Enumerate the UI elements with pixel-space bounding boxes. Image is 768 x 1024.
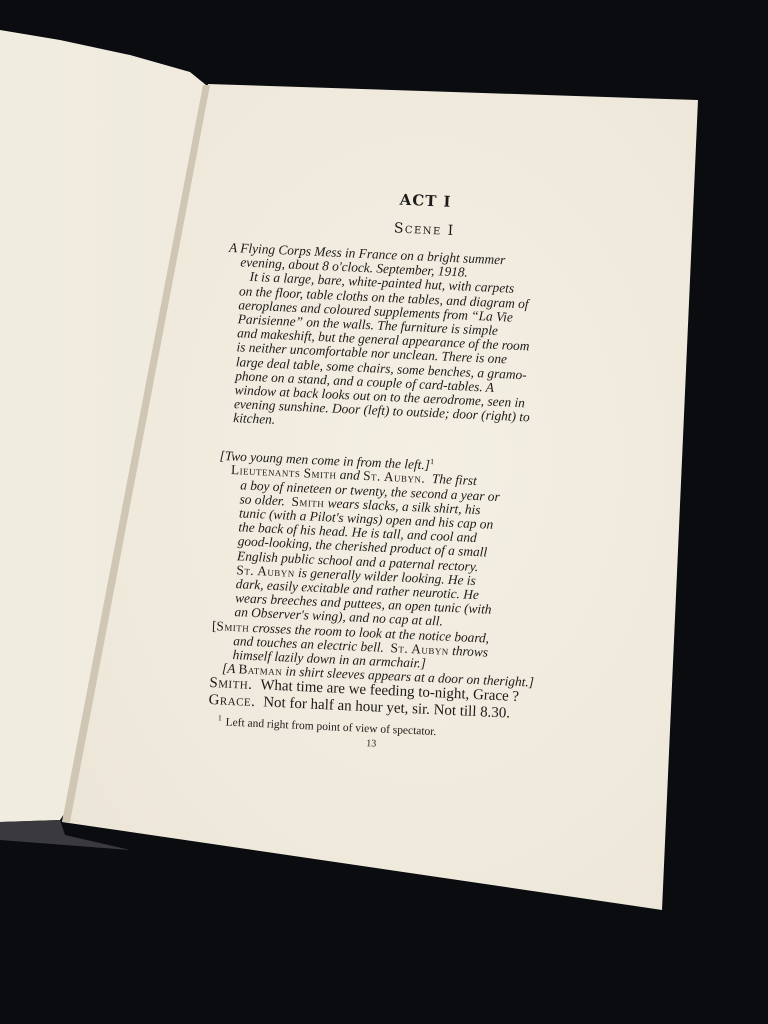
speaker-name: Smith. [209,675,253,693]
speaker-name: Grace. [208,692,255,710]
setting-description: A Flying Corps Mess in France on a brigh… [221,241,617,443]
entrance-direction: [Two young men come in from the left.]1 … [210,445,608,693]
footnote-reference: 1 [430,457,434,466]
photo-scene: ACT I Scene I A Flying Corps Mess in Fra… [0,0,768,1024]
scene-title: Scene I [230,213,619,247]
footnote-mark: 1 [218,714,222,723]
page-text-block: ACT I Scene I A Flying Corps Mess in Fra… [207,183,620,760]
